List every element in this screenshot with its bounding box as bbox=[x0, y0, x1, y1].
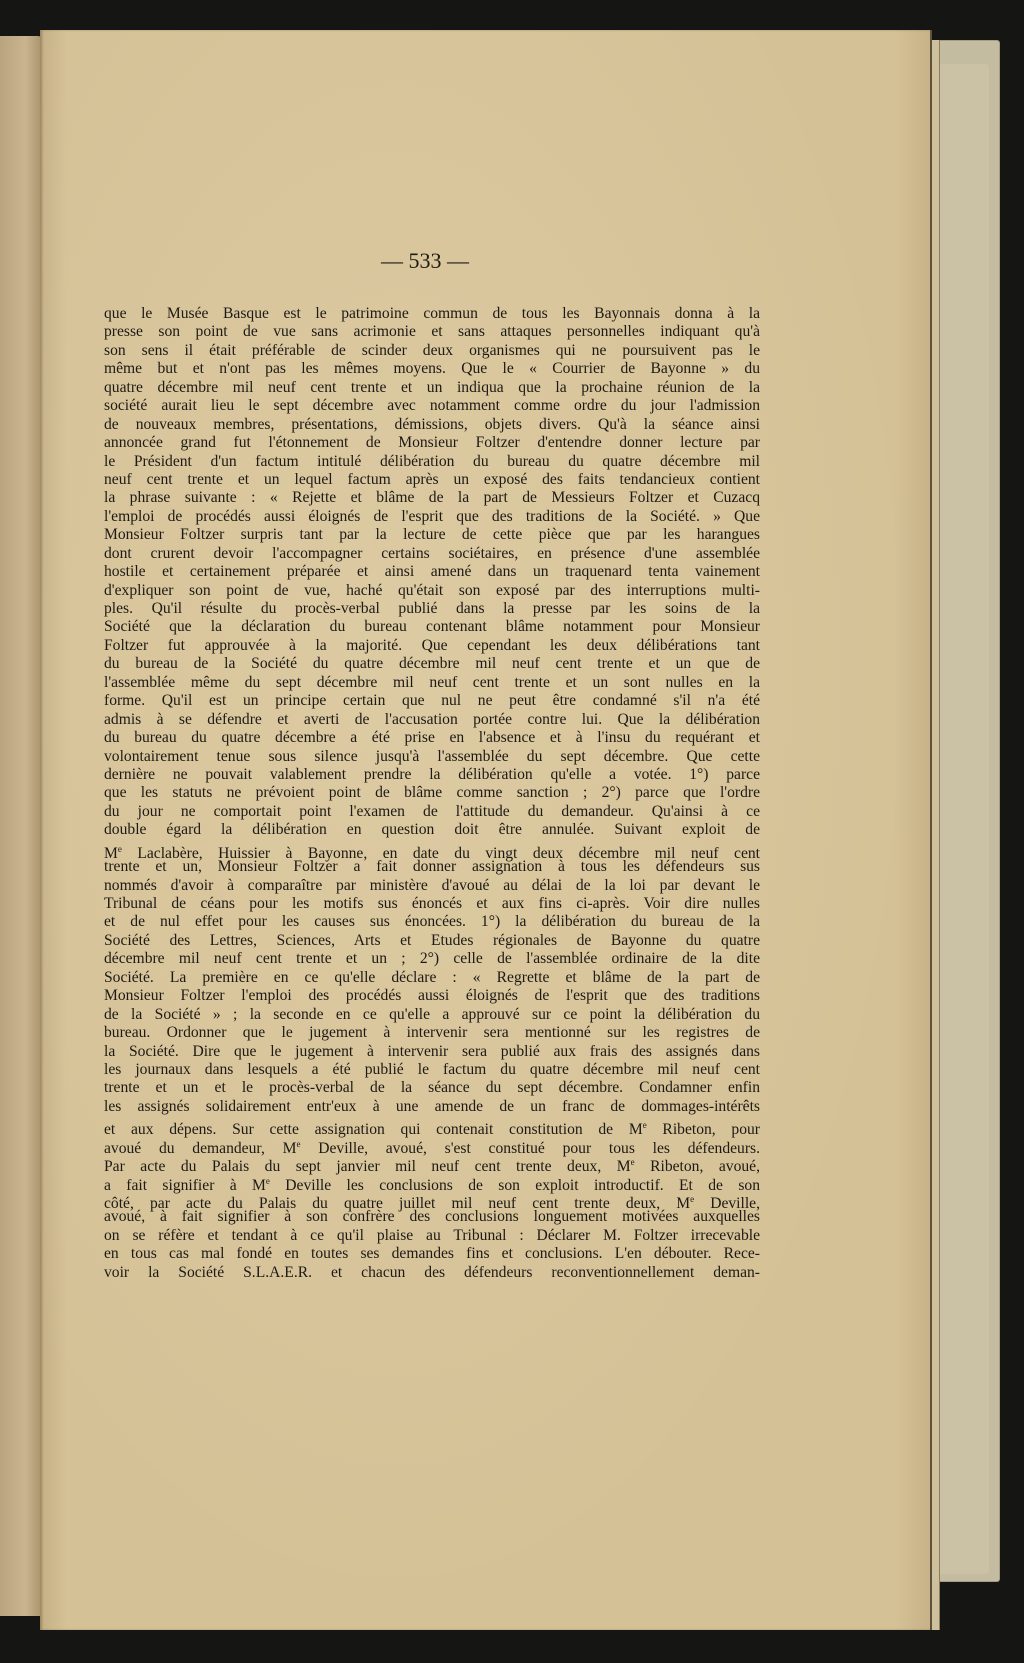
text-line: que les statuts ne prévoient point de bl… bbox=[104, 784, 760, 802]
text-line: trente et un, Monsieur Foltzer a fait do… bbox=[104, 858, 760, 876]
text-line: neuf cent trente et un lequel factum apr… bbox=[104, 471, 760, 489]
text-line: son sens il était préférable de scinder … bbox=[104, 342, 760, 360]
text-line: forme. Qu'il est un principe certain que… bbox=[104, 692, 760, 710]
text-line: d'expliquer son point de vue, haché qu'é… bbox=[104, 582, 760, 600]
text-line: décembre mil neuf cent trente et un ; 2°… bbox=[104, 950, 760, 968]
book-page: — 533 — que le Musée Basque est le patri… bbox=[40, 30, 932, 1630]
text-line: même but et n'ont pas les mêmes moyens. … bbox=[104, 360, 760, 378]
text-line: de nouveaux membres, présentations, démi… bbox=[104, 416, 760, 434]
text-line: du jour ne comportait point l'examen de … bbox=[104, 803, 760, 821]
text-line: admis à se défendre et averti de l'accus… bbox=[104, 711, 760, 729]
text-line: Monsieur Foltzer surpris tant par la lec… bbox=[104, 526, 760, 544]
text-line: volontairement tenue sous silence jusqu'… bbox=[104, 748, 760, 766]
text-line: Foltzer fut approuvée à la majorité. Que… bbox=[104, 637, 760, 655]
text-line: avoué du demandeur, Me Deville, avoué, s… bbox=[104, 1135, 760, 1153]
text-line: le Président d'un factum intitulé délibé… bbox=[104, 453, 760, 471]
page-number: — 533 — bbox=[0, 248, 870, 274]
text-line: avoué, à fait signifier à son confrère d… bbox=[104, 1208, 760, 1226]
text-line: du bureau de la Société du quatre décemb… bbox=[104, 655, 760, 673]
text-line: ples. Qu'il résulte du procès-verbal pub… bbox=[104, 600, 760, 618]
text-line: Monsieur Foltzer l'emploi des procédés a… bbox=[104, 987, 760, 1005]
text-line: Tribunal de céans pour les motifs sus én… bbox=[104, 895, 760, 913]
text-line: que le Musée Basque est le patrimoine co… bbox=[104, 305, 760, 323]
text-line: du bureau du quatre décembre a été prise… bbox=[104, 729, 760, 747]
text-line: l'assemblée même du sept décembre mil ne… bbox=[104, 674, 760, 692]
text-line: Société des Lettres, Sciences, Arts et E… bbox=[104, 932, 760, 950]
text-line: les assignés solidairement entr'eux à un… bbox=[104, 1098, 760, 1116]
text-line: dont crurent devoir l'accompagner certai… bbox=[104, 545, 760, 563]
text-line: annoncée grand fut l'étonnement de Monsi… bbox=[104, 434, 760, 452]
text-line: a fait signifier à Me Deville les conclu… bbox=[104, 1172, 760, 1190]
text-line: la phrase suivante : « Rejette et blâme … bbox=[104, 489, 760, 507]
text-line: hostile et certainement préparée et ains… bbox=[104, 563, 760, 581]
text-line: côté, par acte du Palais du quatre juill… bbox=[104, 1190, 760, 1208]
text-line: quatre décembre mil neuf cent trente et … bbox=[104, 379, 760, 397]
text-line: l'emploi de procédés aussi éloignés de l… bbox=[104, 508, 760, 526]
body-text: que le Musée Basque est le patrimoine co… bbox=[104, 305, 760, 1282]
text-line: double égard la délibération en question… bbox=[104, 821, 760, 839]
text-line: et aux dépens. Sur cette assignation qui… bbox=[104, 1116, 760, 1134]
text-line: voir la Société S.L.A.E.R. et chacun des… bbox=[104, 1264, 760, 1282]
text-line: et de nul effet pour les causes sus énon… bbox=[104, 913, 760, 931]
text-line: les journaux dans lesquels a été publié … bbox=[104, 1061, 760, 1079]
text-line: Société. La première en ce qu'elle décla… bbox=[104, 969, 760, 987]
text-line: en tous cas mal fondé en toutes ses dema… bbox=[104, 1245, 760, 1263]
text-line: Société que la déclaration du bureau con… bbox=[104, 618, 760, 636]
text-line: nommés d'avoir à comparaître par ministè… bbox=[104, 877, 760, 895]
text-line: bureau. Ordonner que le jugement à inter… bbox=[104, 1024, 760, 1042]
text-line: la Société. Dire que le jugement à inter… bbox=[104, 1043, 760, 1061]
text-line: presse son point de vue sans acrimonie e… bbox=[104, 323, 760, 341]
text-line: société aurait lieu le sept décembre ave… bbox=[104, 397, 760, 415]
text-line: Me Laclabère, Huissier à Bayonne, en dat… bbox=[104, 840, 760, 858]
text-line: de la Société » ; la seconde en ce qu'el… bbox=[104, 1006, 760, 1024]
text-line: on se réfère et tendant à ce qu'il plais… bbox=[104, 1227, 760, 1245]
text-line: trente et un et le procès-verbal de la s… bbox=[104, 1079, 760, 1097]
text-line: dernière ne pouvait valablement prendre … bbox=[104, 766, 760, 784]
text-line: Par acte du Palais du sept janvier mil n… bbox=[104, 1153, 760, 1171]
